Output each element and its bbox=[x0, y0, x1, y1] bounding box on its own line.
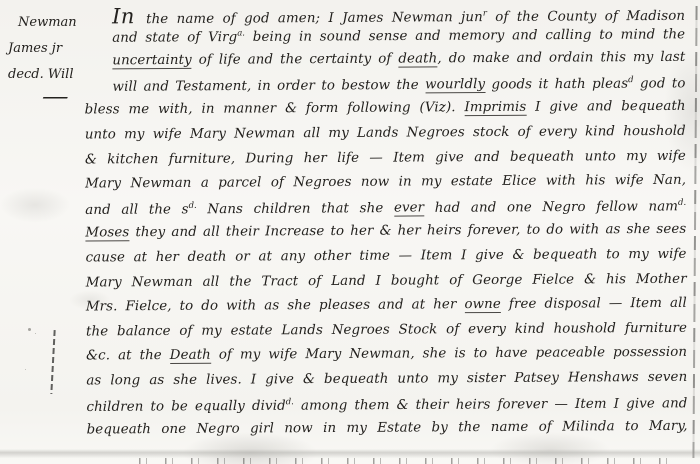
text-segment: as long as she lives. I give & bequeath … bbox=[86, 370, 687, 389]
underlined-word: death bbox=[398, 52, 437, 68]
text-segment: d. bbox=[189, 201, 197, 211]
text-segment: Mary Newman all the Tract of Land I boug… bbox=[86, 271, 687, 290]
text-segment: and state of Virg bbox=[112, 30, 237, 46]
text-segment: the balance of my estate Lands Negroes S… bbox=[86, 321, 687, 340]
text-segment: children to be equally divid bbox=[86, 398, 285, 414]
text-segment: In bbox=[112, 4, 146, 28]
underlined-word: owne bbox=[464, 297, 501, 313]
text-segment: Mrs. Fielce, to do with as she pleases a… bbox=[86, 297, 465, 314]
text-segment: I give and bequeath bbox=[526, 99, 685, 115]
text-segment: Mary Newman a parcel of Negroes now in m… bbox=[85, 173, 686, 192]
text-segment: being in sound sense and memory and call… bbox=[245, 27, 685, 45]
text-segment: they and all their Increase to her & her… bbox=[129, 222, 686, 240]
text-segment: unto my wife Mary Newman all my Lands Ne… bbox=[85, 124, 686, 143]
text-segment: & kitchen furniture, During her life — I… bbox=[85, 148, 686, 167]
text-segment: of life and the certainty of bbox=[192, 52, 399, 68]
clerk-margin-notes: Newman James jr decd. Will — bbox=[8, 10, 86, 111]
scanner-shadow-band bbox=[0, 449, 700, 458]
text-segment: free disposal — Item all bbox=[501, 296, 687, 312]
text-segment: goods it hath pleas bbox=[485, 76, 628, 92]
margin-note-dash: — bbox=[8, 85, 172, 111]
underlined-word: uncertainty bbox=[112, 53, 192, 69]
manuscript-line: bequeath one Negro girl now in my Estate… bbox=[3, 419, 698, 448]
manuscript-page: Newman James jr decd. Will — In the name… bbox=[0, 0, 700, 464]
text-segment: , do make and ordain this my last bbox=[437, 50, 685, 67]
text-segment: and all the s bbox=[85, 202, 188, 218]
text-segment: of the County of Madison bbox=[487, 9, 685, 25]
text-segment: of my wife Mary Newman, she is to have p… bbox=[211, 345, 687, 363]
text-segment: bequeath one Negro girl now in my Estate… bbox=[87, 419, 688, 438]
manuscript-text-body: In the name of god amen; I James Newman … bbox=[0, 1, 698, 448]
underlined-word: Imprimis bbox=[464, 100, 526, 116]
text-segment: among them & their heirs forever — Item … bbox=[294, 396, 688, 413]
text-segment: a. bbox=[237, 28, 245, 38]
margin-note-firstname: James jr bbox=[8, 36, 86, 62]
text-segment: the name of god amen; I James Newman jun bbox=[146, 10, 483, 27]
text-segment: cause at her death or at any other time … bbox=[86, 247, 687, 266]
underlined-word: ever bbox=[394, 201, 424, 217]
text-segment: Nans children that she bbox=[197, 201, 394, 217]
text-segment: god to bbox=[634, 76, 686, 91]
manuscript-line: In the name of god amen; I James Newman … bbox=[0, 1, 695, 30]
manuscript-line: as long as she lives. I give & bequeath … bbox=[2, 370, 697, 399]
text-segment: had and one Negro fellow nam bbox=[424, 199, 678, 216]
underlined-word: Death bbox=[170, 348, 211, 364]
text-segment: d. bbox=[678, 198, 686, 208]
underlined-word: wourldly bbox=[425, 77, 485, 93]
text-segment: &c. at the bbox=[86, 348, 170, 364]
margin-note-surname: Newman bbox=[8, 10, 86, 36]
underlined-word: Moses bbox=[85, 226, 129, 242]
clipped-bottom-line-fragments bbox=[130, 458, 678, 464]
